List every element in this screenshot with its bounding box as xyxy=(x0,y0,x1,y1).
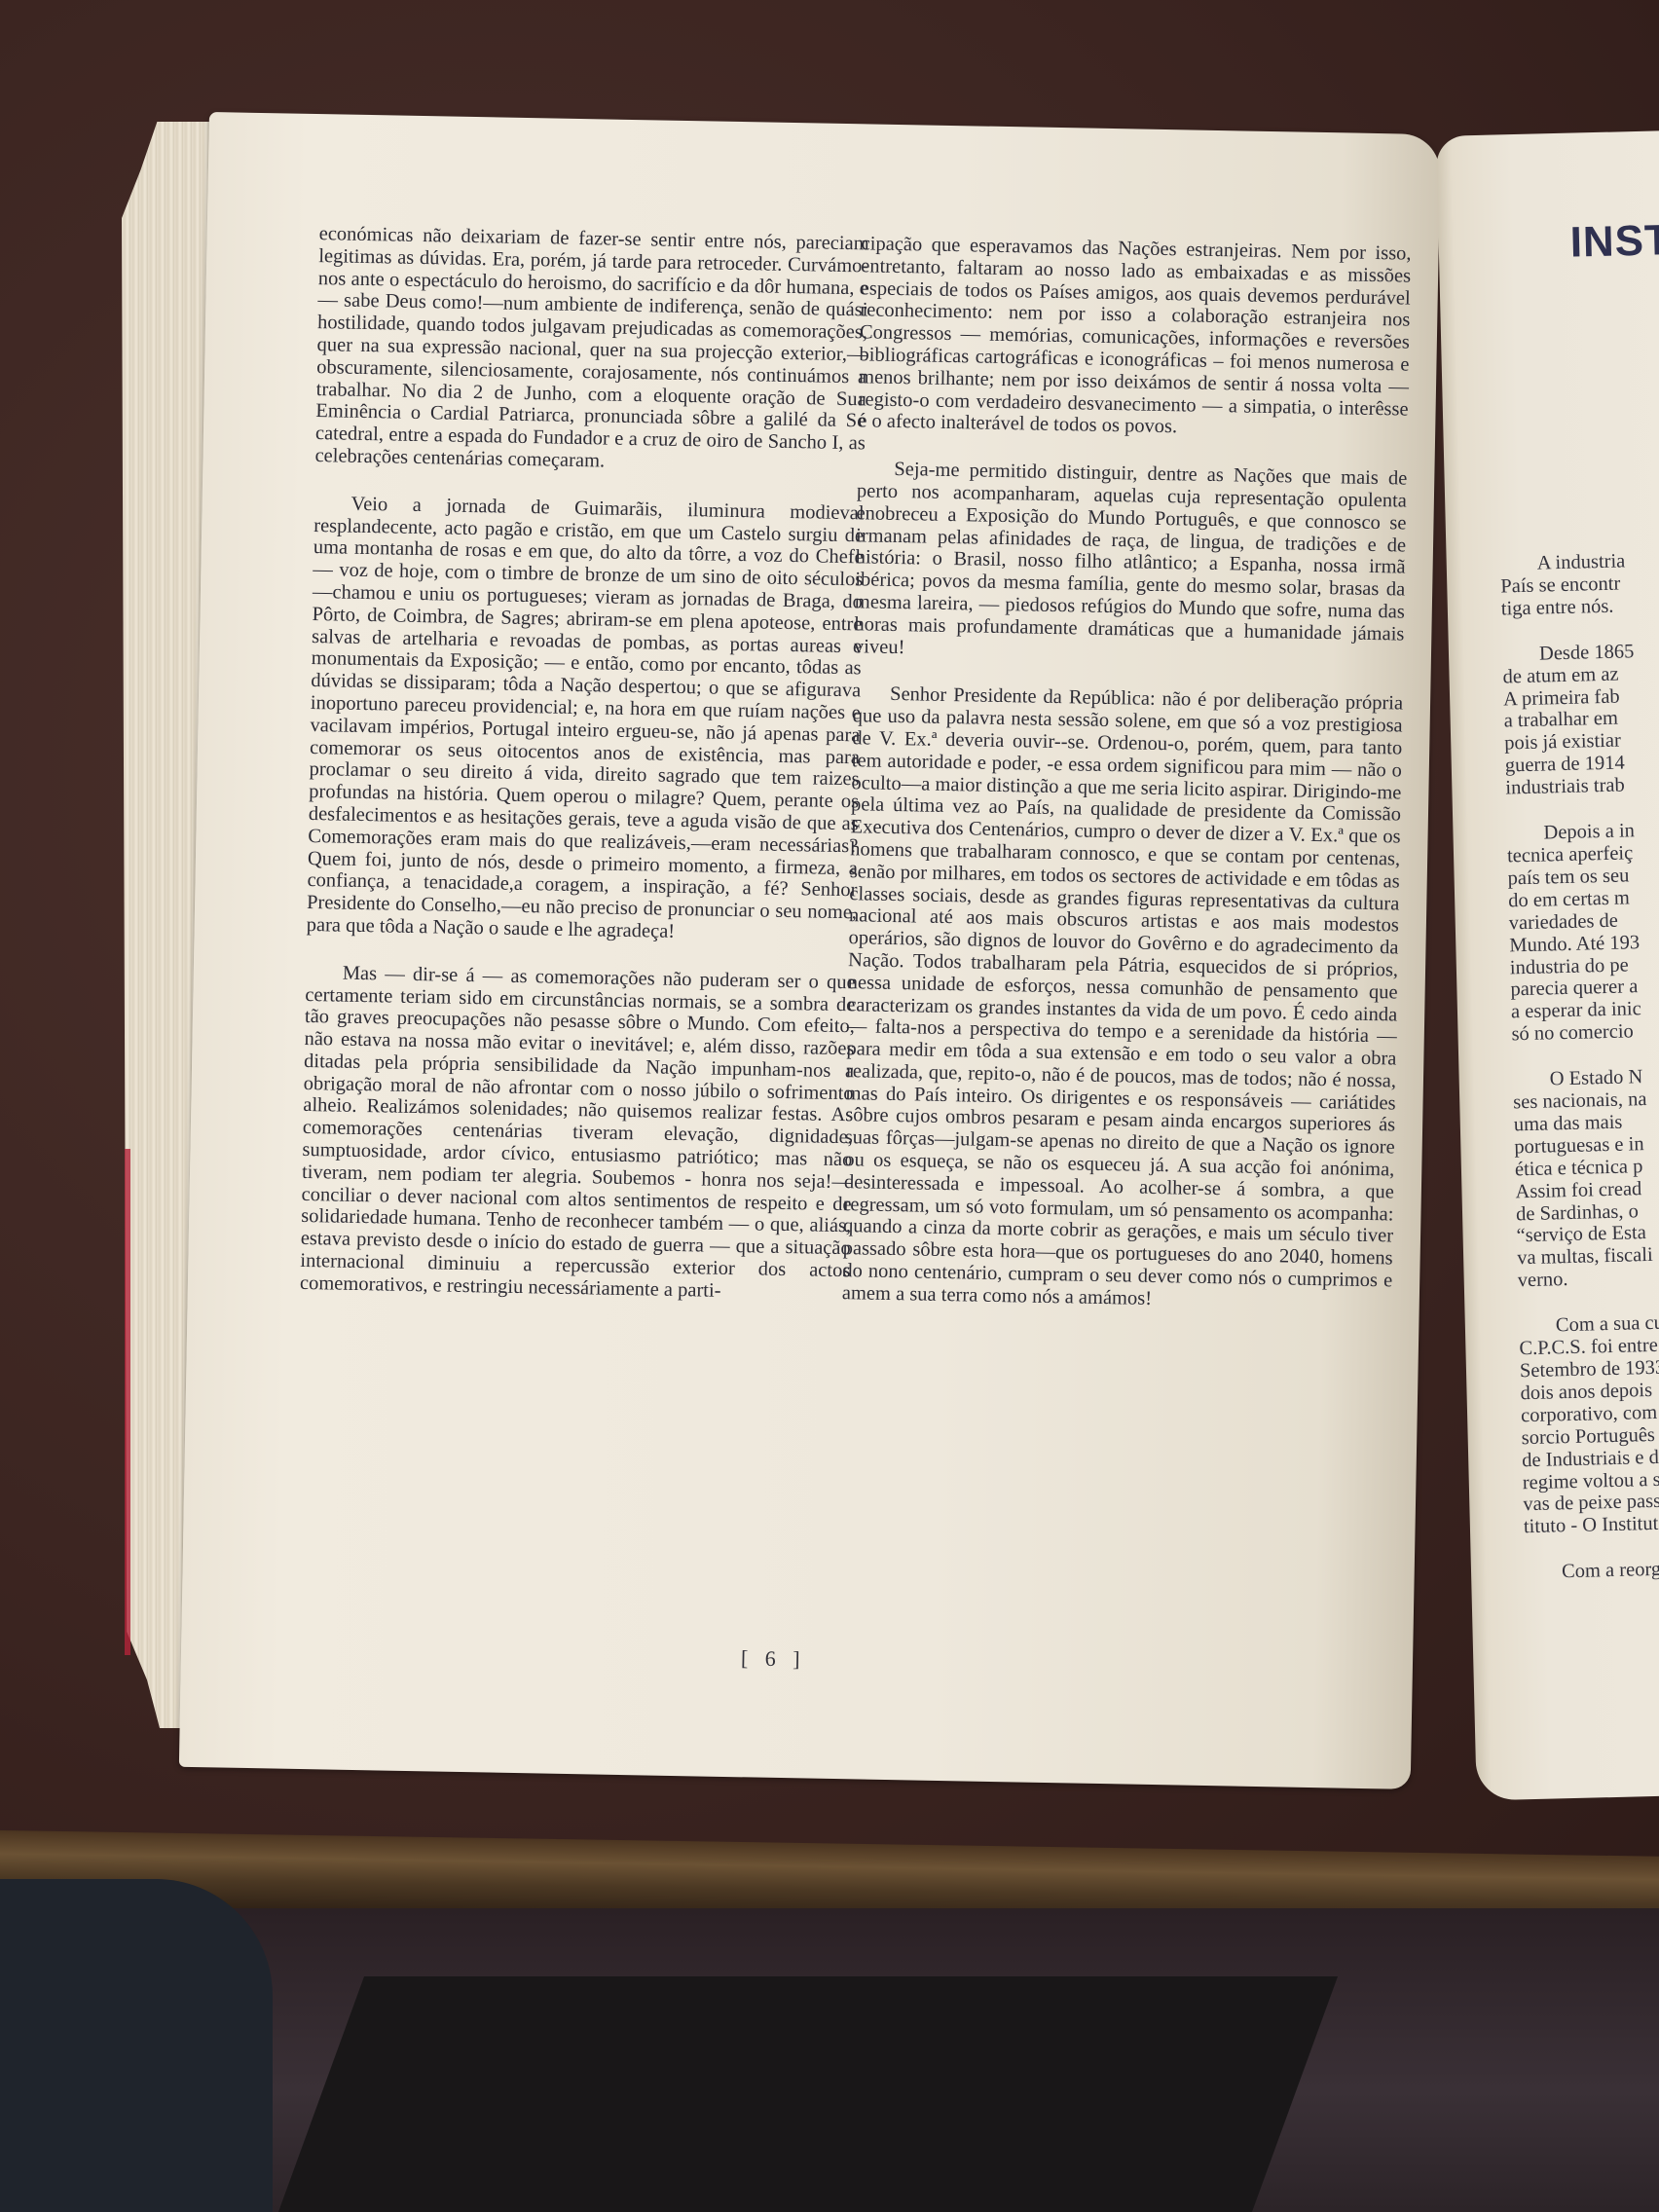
paragraph: cipação que esperavamos das Nações estra… xyxy=(858,233,1412,442)
paragraph: Veio a jornada de Guimarãis, iluminura m… xyxy=(307,493,865,946)
paragraph: Depois a in tecnica aperfeiç país tem os… xyxy=(1506,817,1659,1046)
paragraph: A industria País se encontr tiga entre n… xyxy=(1499,547,1659,620)
paragraph: Com a reorgan xyxy=(1525,1556,1659,1584)
book-cover-red-edge xyxy=(125,1149,130,1655)
chair-shadow xyxy=(278,1976,1338,2212)
page-number: [ 6 ] xyxy=(741,1645,806,1672)
paragraph: Com a sua cu C.P.C.S. foi entre Setembro… xyxy=(1519,1309,1659,1538)
person-leg xyxy=(0,1879,273,2212)
text-line: Com a reorgan xyxy=(1525,1556,1659,1584)
page-title: INST xyxy=(1569,216,1659,268)
paragraph: Mas — dir-se á — as comemorações não pud… xyxy=(300,962,856,1305)
text-column-left: económicas não deixariam de fazer-se sen… xyxy=(299,223,869,1330)
text-column-right: cipação que esperavamos das Nações estra… xyxy=(841,233,1412,1340)
text-line: Depois a in xyxy=(1506,817,1659,845)
paragraph: económicas não deixariam de fazer-se sen… xyxy=(314,223,869,477)
text-line: Com a sua cu xyxy=(1519,1309,1659,1338)
paragraph: Senhor Presidente da República: não é po… xyxy=(842,683,1404,1315)
book-page-left: económicas não deixariam de fazer-se sen… xyxy=(179,112,1441,1789)
text-line: O Estado N xyxy=(1512,1063,1659,1091)
text-column-partial: A industria País se encontr tiga entre n… xyxy=(1499,547,1659,1607)
text-line: Desde 1865 xyxy=(1502,638,1659,666)
paragraph: Seja-me permitido distinguir, dentre as … xyxy=(854,458,1408,667)
paragraph: Desde 1865 de atum em az A primeira fab … xyxy=(1502,638,1659,800)
paragraph: O Estado N ses nacionais, na uma das mai… xyxy=(1512,1063,1659,1292)
